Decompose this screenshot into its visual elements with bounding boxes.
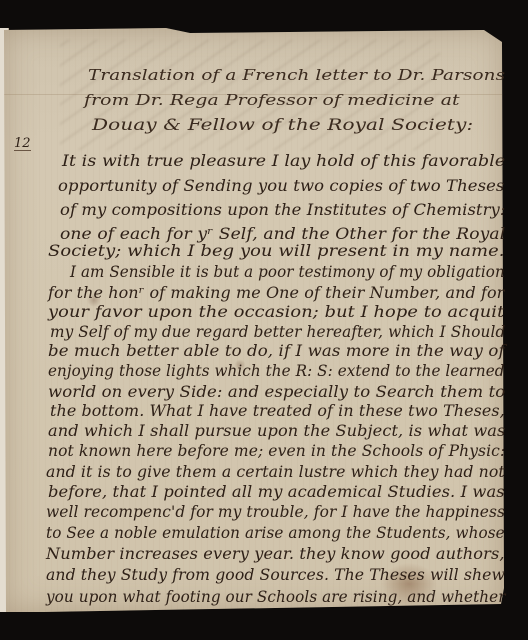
body-line-2: opportunity of Sending you two copies of…	[58, 177, 504, 195]
heading-line-3: Douay & Fellow of the Royal Society:	[92, 115, 473, 134]
body-line-20: Number increases every year. they know g…	[46, 545, 505, 563]
folio-number: 12	[14, 138, 31, 151]
scan-frame: 12 Translation of a French letter to Dr.…	[0, 0, 528, 640]
body-line-12: world on every Side: and especially to S…	[48, 383, 505, 401]
body-line-21: and they Study from good Sources. The Th…	[46, 566, 505, 584]
heading-line-1: Translation of a French letter to Dr. Pa…	[88, 66, 505, 84]
body-line-4: one of each for yʳ Self, and the Other f…	[60, 225, 505, 243]
body-line-13: the bottom. What I have treated of in th…	[50, 402, 505, 420]
manuscript-text: 12 Translation of a French letter to Dr.…	[0, 0, 528, 640]
heading-line-2: from Dr. Rega Professor of medicine at	[84, 91, 460, 109]
body-line-3: of my compositions upon the Institutes o…	[60, 201, 506, 219]
body-line-1: It is with true pleasure I lay hold of t…	[62, 152, 505, 170]
body-line-6: I am Sensible it is but a poor testimony…	[70, 263, 505, 281]
body-line-16: and it is to give them a certain lustre …	[46, 463, 505, 481]
body-line-18: well recompenc'd for my trouble, for I h…	[46, 503, 505, 521]
body-line-10: be much better able to do, if I was more…	[48, 342, 505, 360]
body-line-17: before, that I pointed all my academical…	[48, 483, 505, 501]
body-line-9: my Self of my due regard better hereafte…	[50, 323, 505, 341]
body-line-7: for the honʳ of making me One of their N…	[48, 284, 504, 302]
body-line-15: not known here before me; even in the Sc…	[48, 442, 505, 460]
body-line-22: you upon what footing our Schools are ri…	[46, 588, 506, 606]
body-line-8: your favor upon the occasion; but I hope…	[48, 303, 504, 321]
body-line-11: enjoying those lights which the R: S: ex…	[48, 362, 505, 380]
body-line-19: to See a noble emulation arise among the…	[46, 524, 505, 542]
body-line-14: and which I shall pursue upon the Subjec…	[48, 422, 505, 440]
body-line-5: Society; which I beg you will present in…	[48, 242, 505, 260]
